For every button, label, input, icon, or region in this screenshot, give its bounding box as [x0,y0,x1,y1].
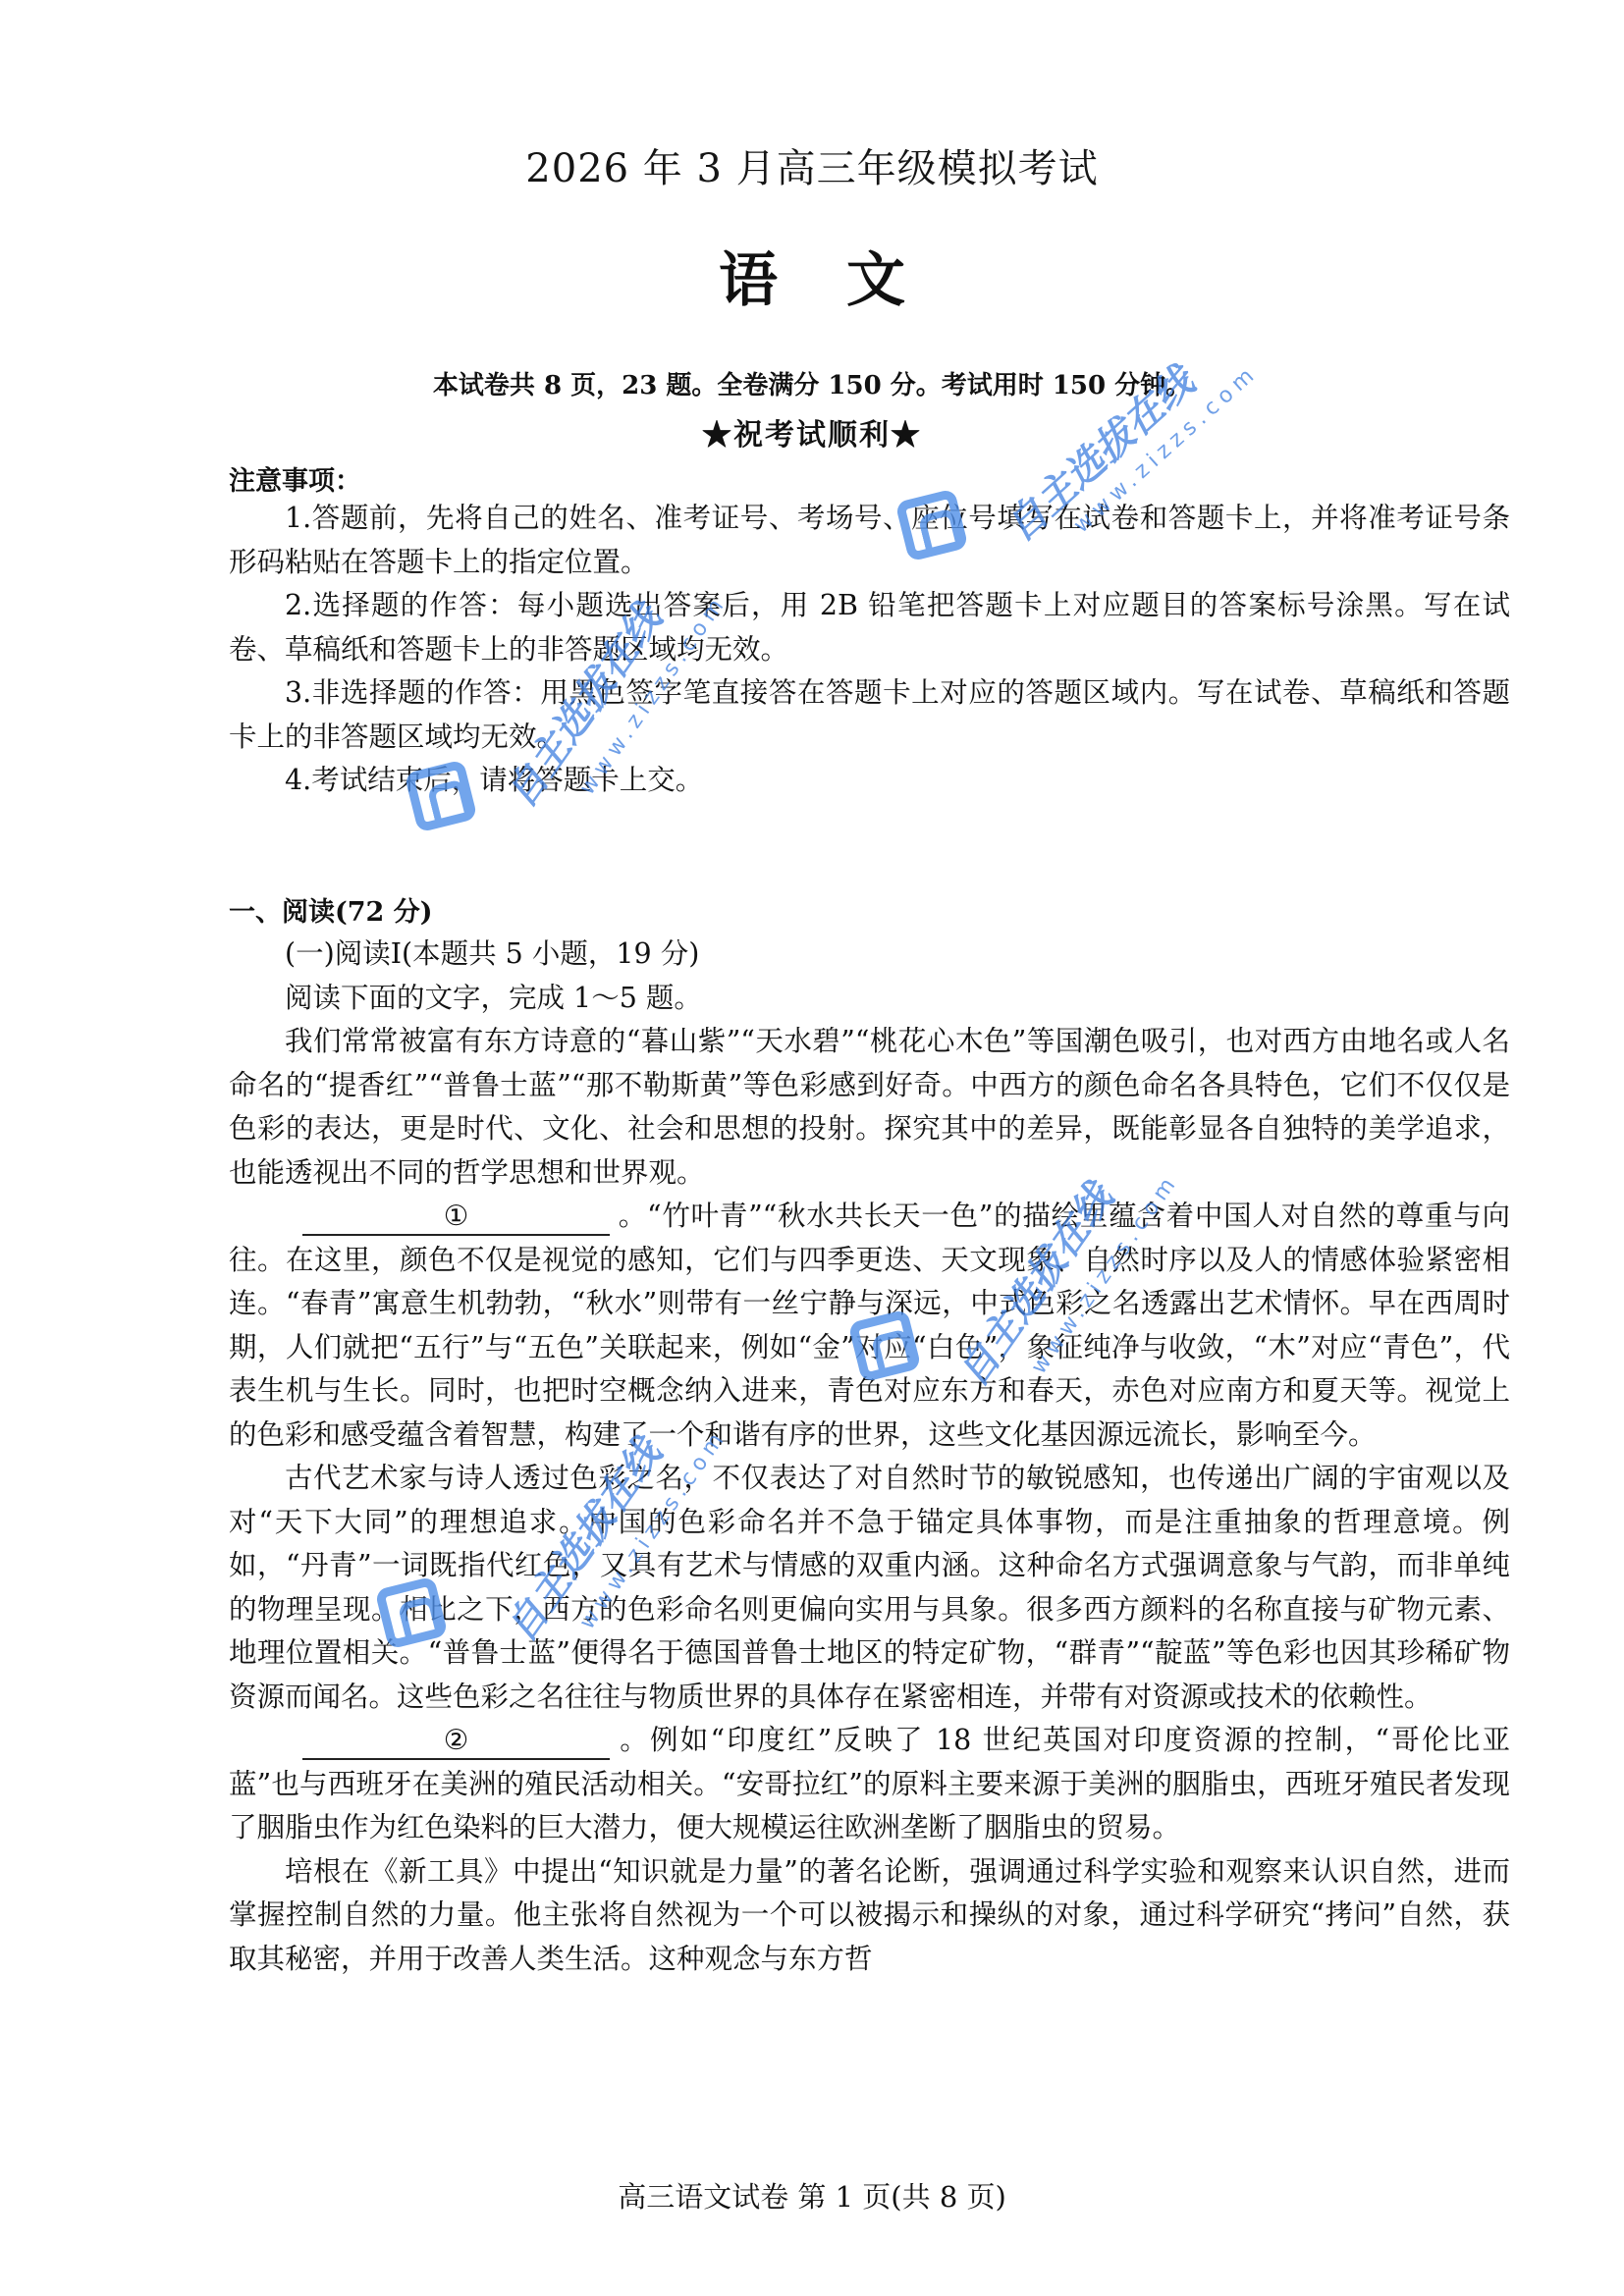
reading-passage: (一)阅读Ⅰ(本题共 5 小题，19 分) 阅读下面的文字，完成 1～5 题。 … [229,933,1510,1981]
section-heading: 一、阅读(72 分) [229,890,433,929]
instruction: 阅读下面的文字，完成 1～5 题。 [229,977,1510,1021]
fill-blank-1: ① [302,1199,610,1236]
passage-paragraph-1: 我们常常被富有东方诗意的“暮山紫”“天水碧”“桃花心木色”等国潮色吸引，也对西方… [229,1020,1510,1195]
sub-heading: (一)阅读Ⅰ(本题共 5 小题，19 分) [229,933,1510,977]
fill-blank-2: ② [302,1723,610,1760]
page-footer: 高三语文试卷 第 1 页(共 8 页) [0,2175,1624,2216]
good-luck-banner: ★祝考试顺利★ [0,410,1624,454]
notice-list: 1.答题前，先将自己的姓名、准考证号、考场号、座位号填写在试卷和答题卡上，并将准… [229,497,1510,803]
notice-item: 1.答题前，先将自己的姓名、准考证号、考场号、座位号填写在试卷和答题卡上，并将准… [229,497,1510,584]
notice-heading: 注意事项： [229,459,361,498]
subject-title: 语文 [0,234,1624,318]
exam-title: 2026 年 3 月高三年级模拟考试 [0,137,1624,193]
passage-paragraph-5: 培根在《新工具》中提出“知识就是力量”的著名论断，强调通过科学实验和观察来认识自… [229,1850,1510,1982]
exam-page: 2026 年 3 月高三年级模拟考试 语文 本试卷共 8 页，23 题。全卷满分… [0,0,1624,2296]
passage-paragraph-4: ②。例如“印度红”反映了 18 世纪英国对印度资源的控制，“哥伦比亚蓝”也与西班… [229,1719,1510,1850]
exam-info: 本试卷共 8 页，23 题。全卷满分 150 分。考试用时 150 分钟。 [0,365,1624,401]
notice-item: 3.非选择题的作答：用黑色签字笔直接答在答题卡上对应的答题区域内。写在试卷、草稿… [229,671,1510,759]
notice-item: 2.选择题的作答：每小题选出答案后，用 2B 铅笔把答题卡上对应题目的答案标号涂… [229,584,1510,671]
